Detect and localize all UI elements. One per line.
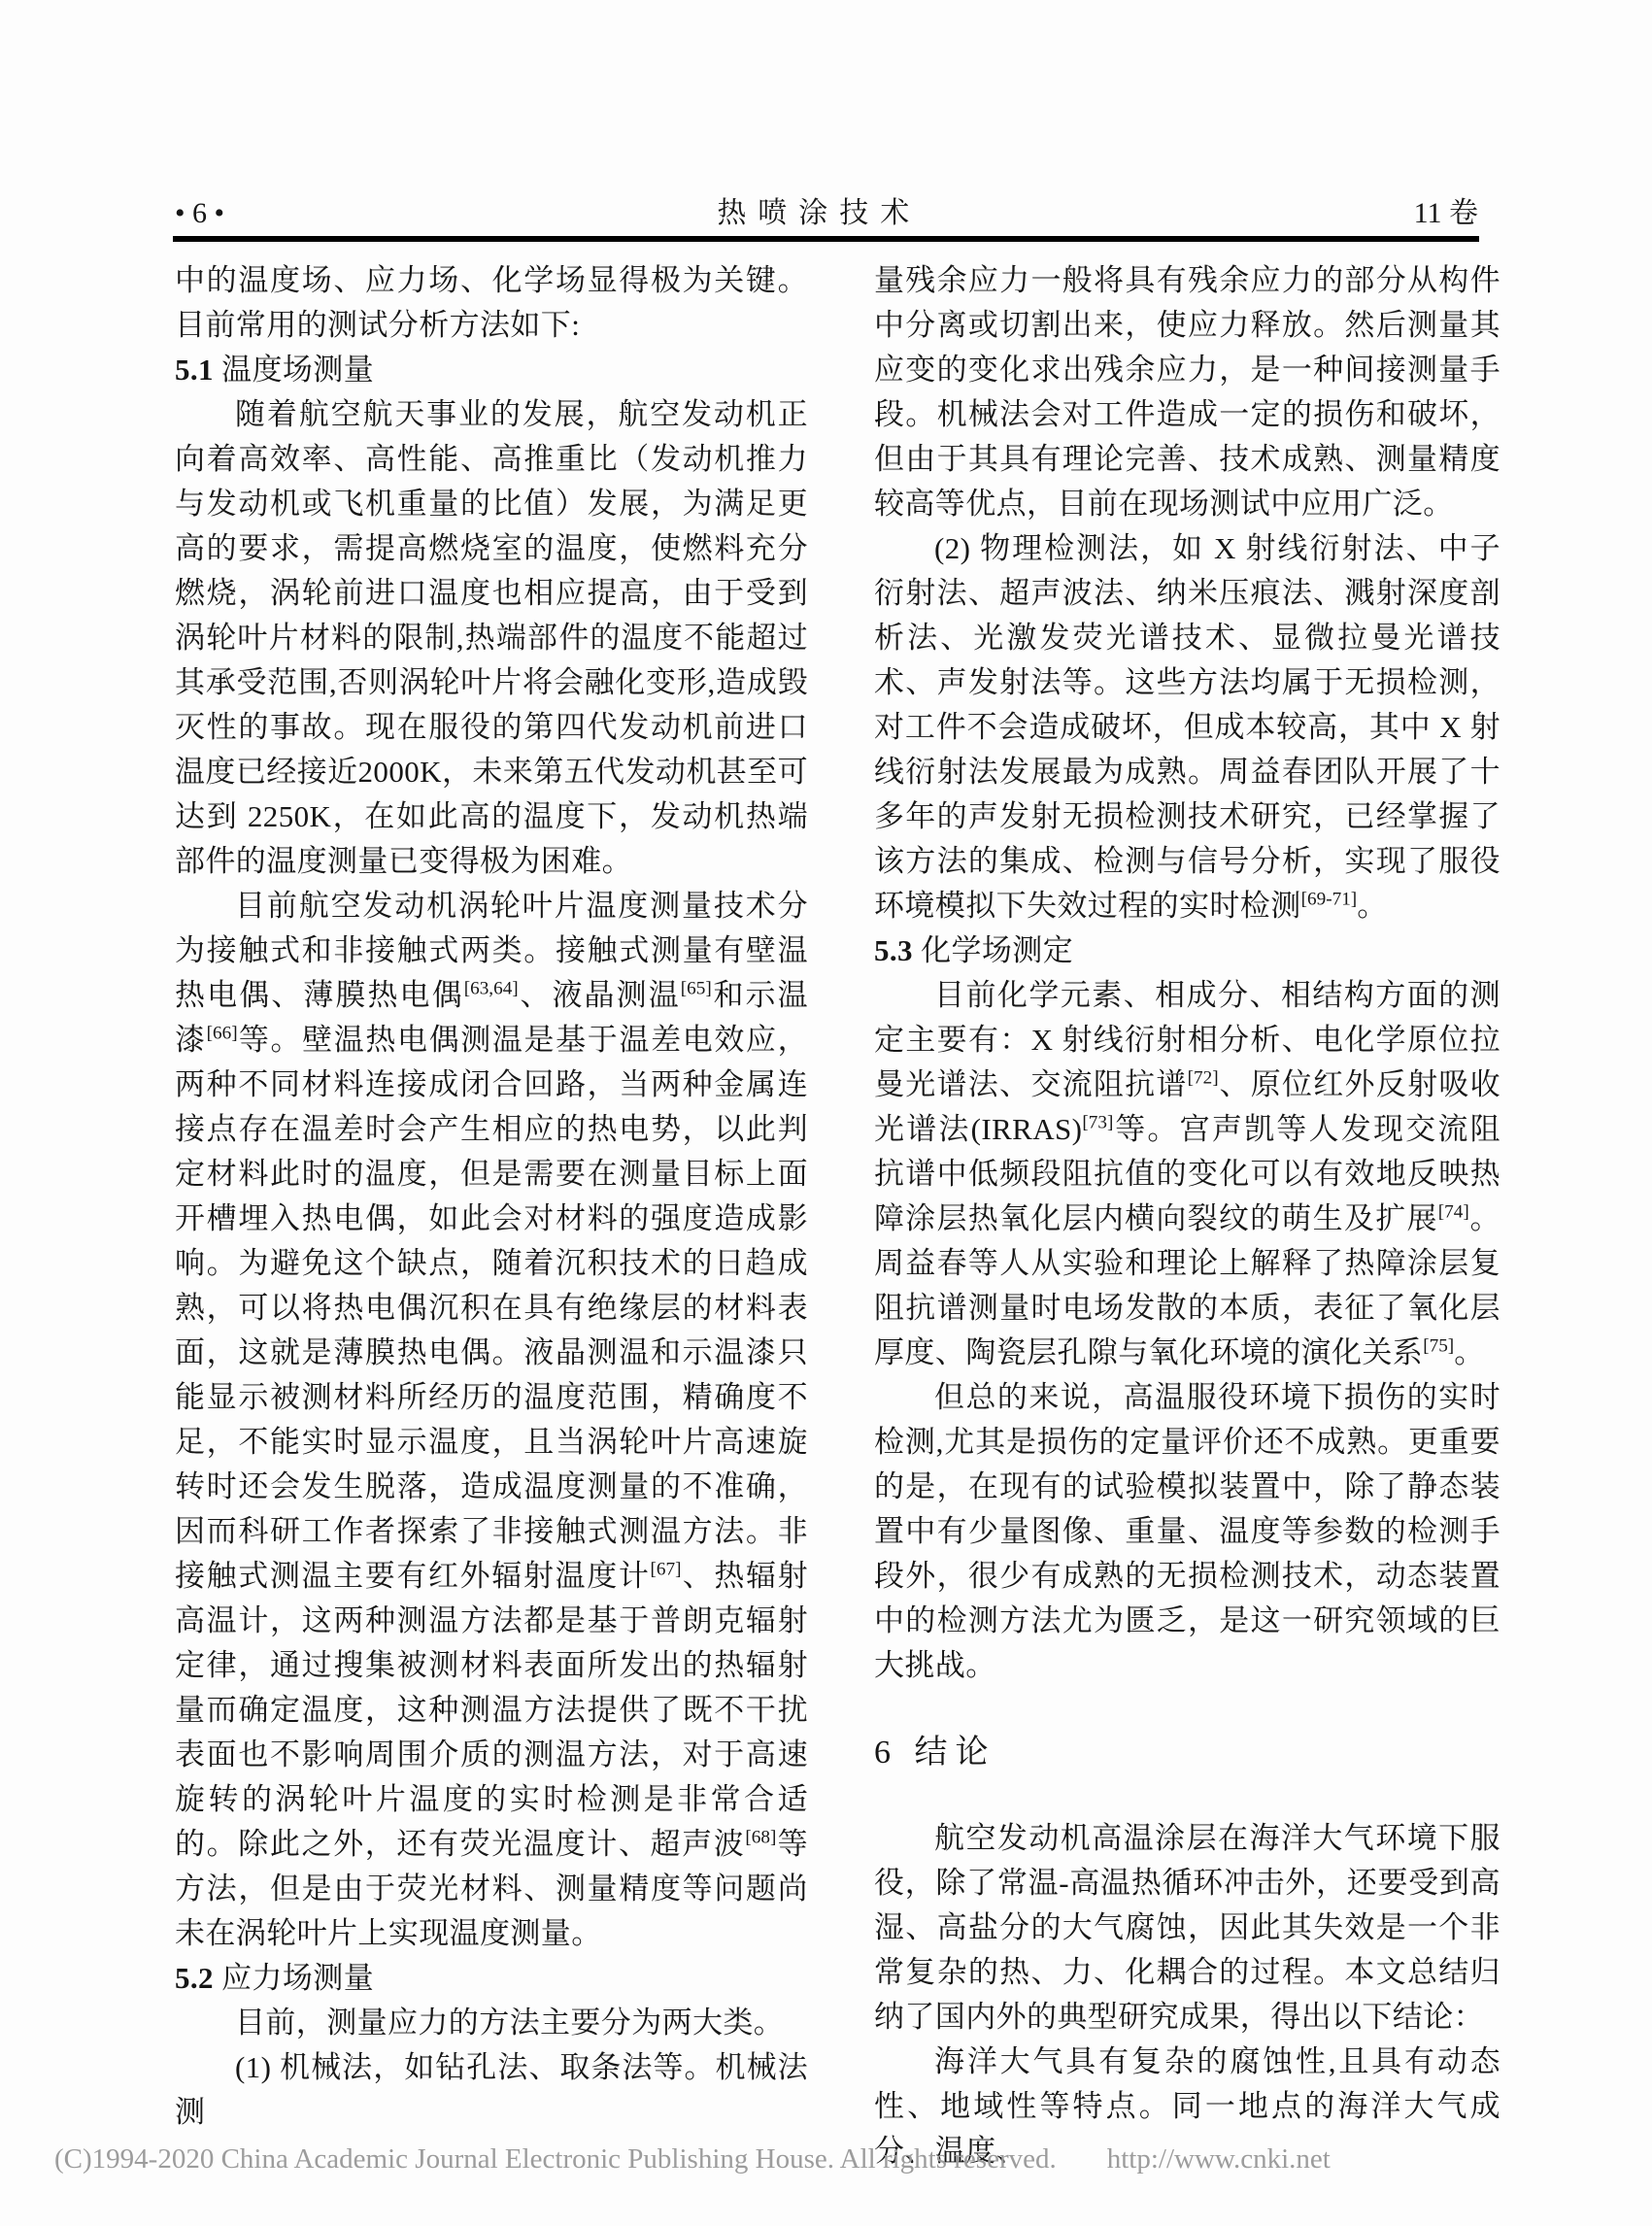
reference-superscript: [72] [1188,1068,1219,1089]
body-paragraph: 目前化学元素、相成分、相结构方面的测定主要有：X 射线衍射相分析、电化学原位拉曼… [874,973,1500,1375]
reference-superscript: [63,64] [464,979,519,999]
subsection-heading: 5.1 温度场测量 [175,348,808,392]
left-text-column: 中的温度场、应力场、化学场显得极为关键。目前常用的测试分析方法如下:5.1 温度… [175,258,808,2135]
subsection-heading: 5.2 应力场测量 [175,1956,808,2001]
reference-superscript: [65] [681,979,712,999]
copyright-notice: (C)1994-2020 China Academic Journal Elec… [54,2142,1057,2175]
subsection-heading: 5.3 化学场测定 [874,928,1500,973]
header-rule [173,236,1479,242]
body-paragraph: 航空发动机高温涂层在海洋大气环境下服役，除了常温-高温热循环冲击外，还要受到高湿… [874,1816,1500,2040]
section-heading: 6 结论 [874,1731,1500,1775]
cnki-url: http://www.cnki.net [1107,2142,1331,2175]
body-paragraph: (1) 机械法，如钻孔法、取条法等。机械法测 [175,2045,808,2135]
body-paragraph: 目前，测量应力的方法主要分为两大类。 [175,2001,808,2045]
page-footer: (C)1994-2020 China Academic Journal Elec… [54,2142,1608,2175]
body-paragraph: (2) 物理检测法，如 X 射线衍射法、中子衍射法、超声波法、纳米压痕法、溅射深… [874,526,1500,928]
body-paragraph: 目前航空发动机涡轮叶片温度测量技术分为接触式和非接触式两类。接触式测量有壁温热电… [175,884,808,1956]
journal-page: • 6 • 热喷涂技术 11 卷 中的温度场、应力场、化学场显得极为关键。目前常… [0,0,1652,2226]
reference-superscript: [75] [1423,1336,1454,1357]
reference-superscript: [67] [650,1560,681,1580]
volume-label: 11 卷 [1414,194,1478,233]
reference-superscript: [73] [1082,1113,1113,1133]
body-paragraph: 量残余应力一般将具有残余应力的部分从构件中分离或切割出来，使应力释放。然后测量其… [874,258,1500,526]
page-number: • 6 • [175,194,224,233]
page-header: • 6 • 热喷涂技术 11 卷 [175,194,1478,233]
right-text-column: 量残余应力一般将具有残余应力的部分从构件中分离或切割出来，使应力释放。然后测量其… [874,258,1500,2174]
reference-superscript: [66] [207,1024,238,1044]
body-paragraph: 但总的来说，高温服役环境下损伤的实时检测,尤其是损伤的定量评价还不成熟。更重要的… [874,1375,1500,1688]
reference-superscript: [68] [745,1828,776,1848]
reference-superscript: [69-71] [1301,890,1358,910]
body-paragraph: 中的温度场、应力场、化学场显得极为关键。目前常用的测试分析方法如下: [175,258,808,348]
journal-title: 热喷涂技术 [717,194,921,233]
body-paragraph: 随着航空航天事业的发展，航空发动机正向着高效率、高性能、高推重比（发动机推力与发… [175,392,808,884]
reference-superscript: [74] [1438,1202,1469,1223]
